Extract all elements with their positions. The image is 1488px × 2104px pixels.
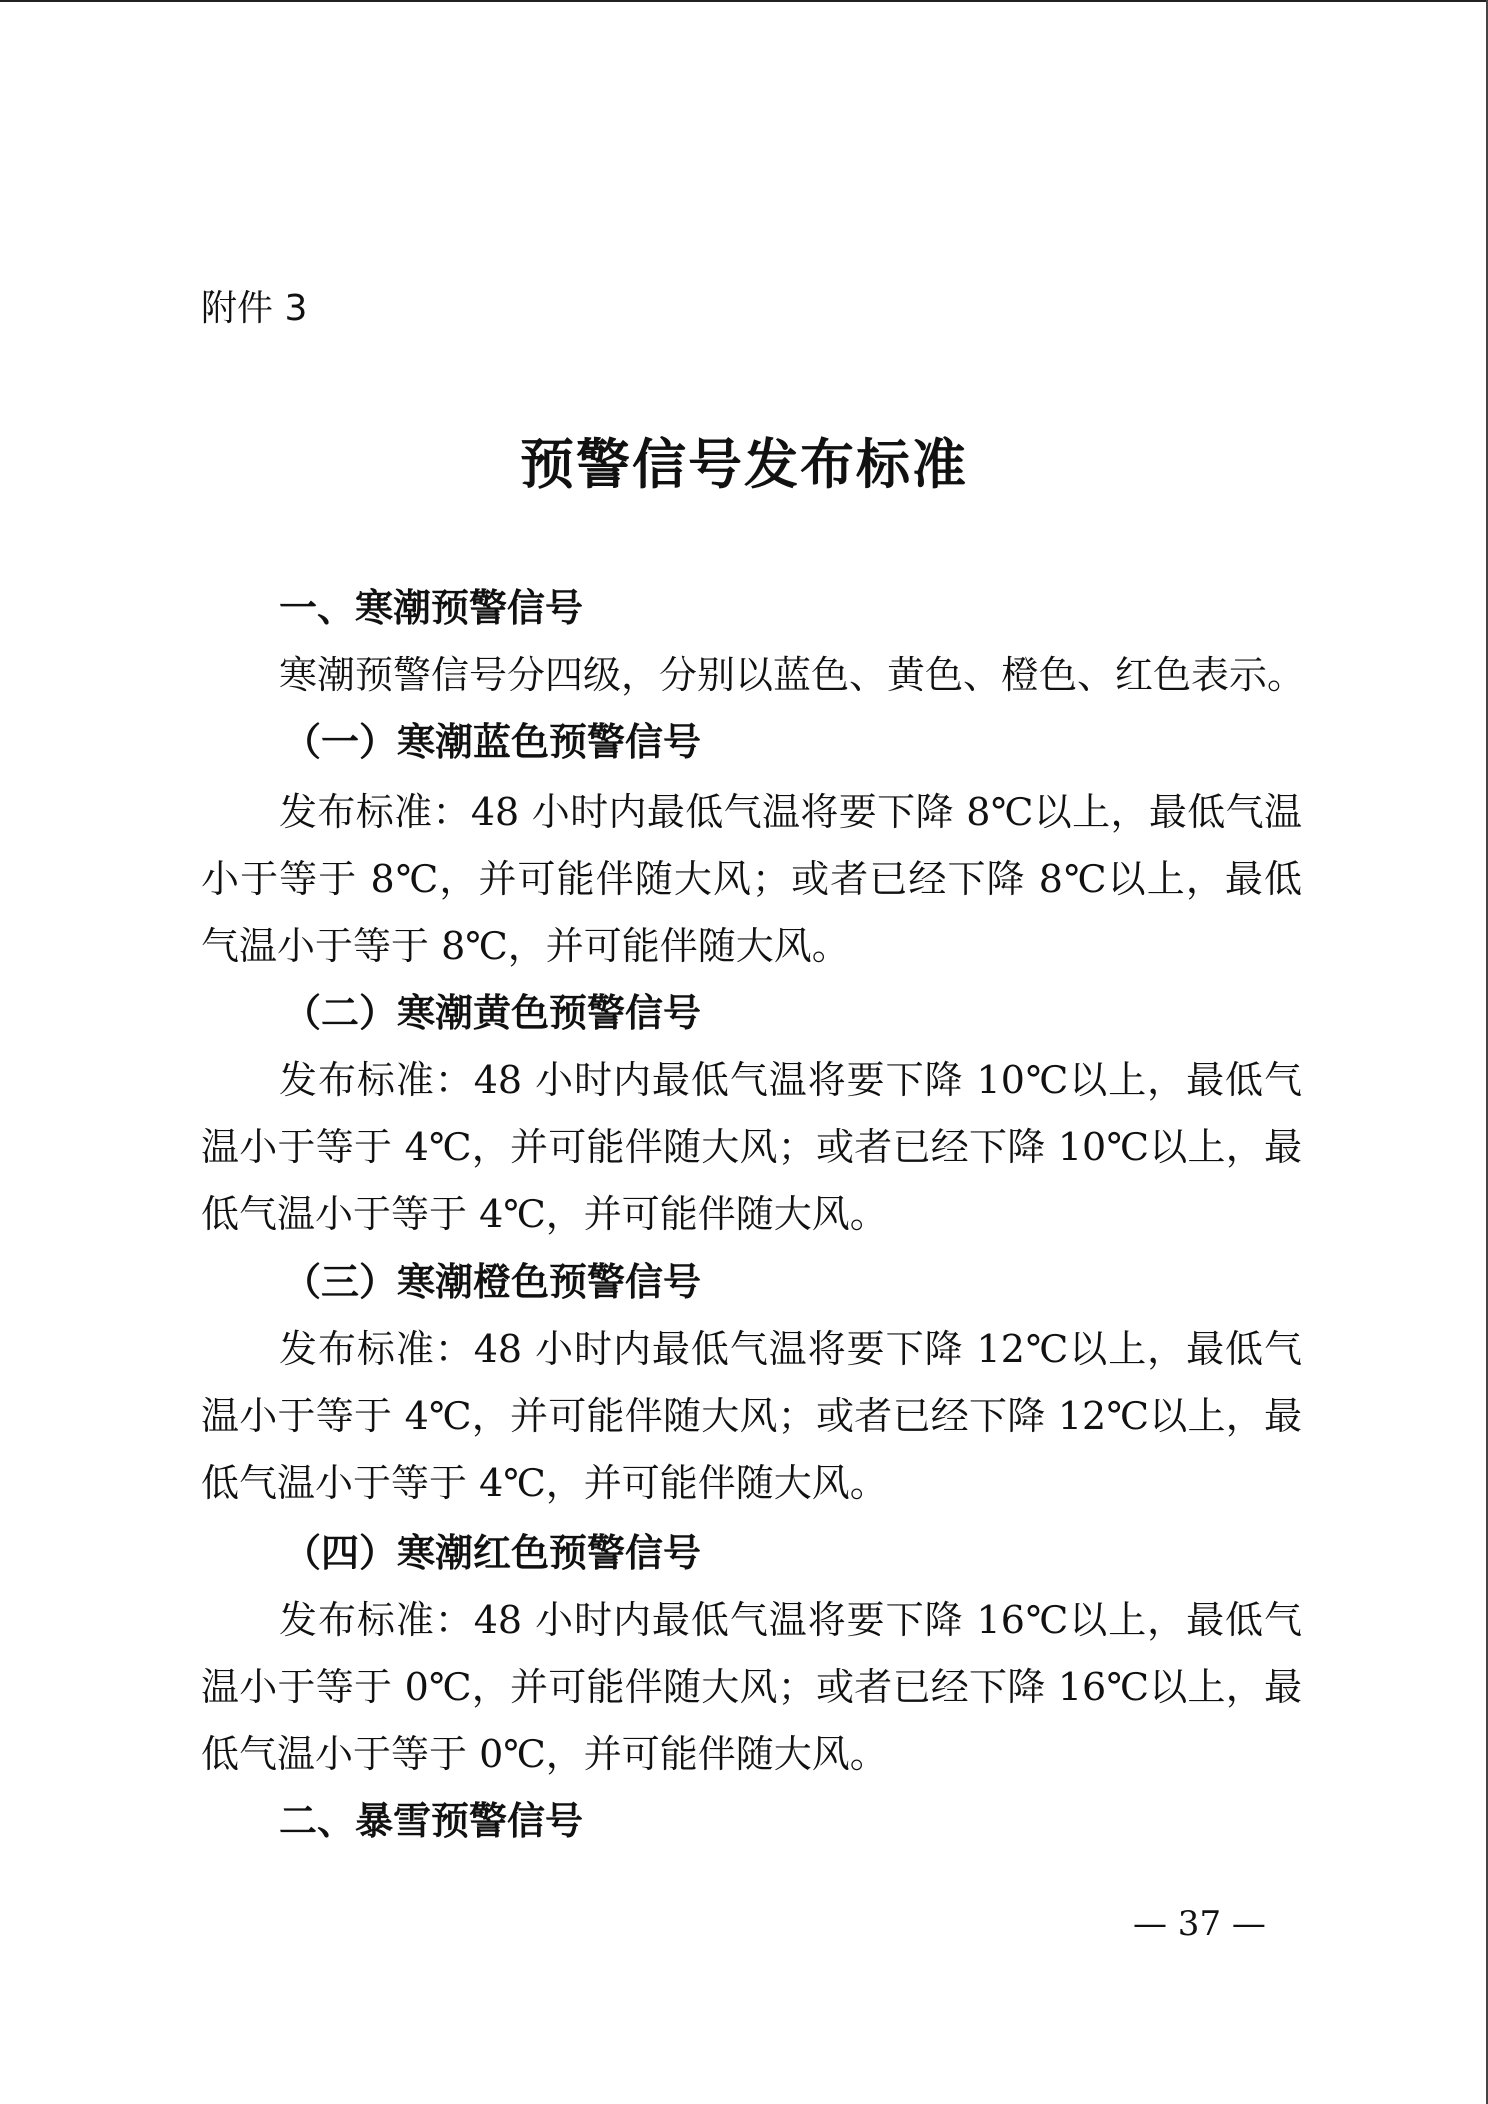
page-top-border	[0, 0, 1488, 2]
paragraph-line: 低气温小于等于 0℃，并可能伴随大风。	[201, 1730, 888, 1778]
paragraph-line: 发布标准：48 小时内最低气温将要下降 10℃以上，最低气	[279, 1056, 1302, 1104]
paragraph-line: 温小于等于 4℃，并可能伴随大风；或者已经下降 10℃以上，最	[201, 1123, 1302, 1171]
paragraph-line: 发布标准：48 小时内最低气温将要下降 8℃以上，最低气温	[279, 788, 1302, 836]
level-heading-blue: （一）寒潮蓝色预警信号	[283, 718, 701, 766]
page-title: 预警信号发布标准	[0, 432, 1488, 496]
paragraph-line: 低气温小于等于 4℃，并可能伴随大风。	[201, 1190, 888, 1238]
paragraph-line: 低气温小于等于 4℃，并可能伴随大风。	[201, 1459, 888, 1507]
section-heading-blizzard: 二、暴雪预警信号	[279, 1797, 583, 1845]
paragraph-line: 发布标准：48 小时内最低气温将要下降 12℃以上，最低气	[279, 1325, 1302, 1373]
level-heading-red: （四）寒潮红色预警信号	[283, 1529, 701, 1577]
paragraph-line: 温小于等于 4℃，并可能伴随大风；或者已经下降 12℃以上，最	[201, 1392, 1302, 1440]
section-heading-cold-wave: 一、寒潮预警信号	[279, 584, 583, 632]
paragraph-line: 小于等于 8℃，并可能伴随大风；或者已经下降 8℃以上，最低	[201, 855, 1302, 903]
paragraph-line: 发布标准：48 小时内最低气温将要下降 16℃以上，最低气	[279, 1596, 1302, 1644]
level-heading-orange: （三）寒潮橙色预警信号	[283, 1258, 701, 1306]
section-intro: 寒潮预警信号分四级，分别以蓝色、黄色、橙色、红色表示。	[279, 651, 1305, 699]
attachment-label: 附件 3	[201, 285, 307, 333]
paragraph-line: 温小于等于 0℃，并可能伴随大风；或者已经下降 16℃以上，最	[201, 1663, 1302, 1711]
page-number: — 37 —	[1133, 1900, 1266, 1948]
paragraph-line: 气温小于等于 8℃，并可能伴随大风。	[201, 922, 850, 970]
level-heading-yellow: （二）寒潮黄色预警信号	[283, 989, 701, 1037]
